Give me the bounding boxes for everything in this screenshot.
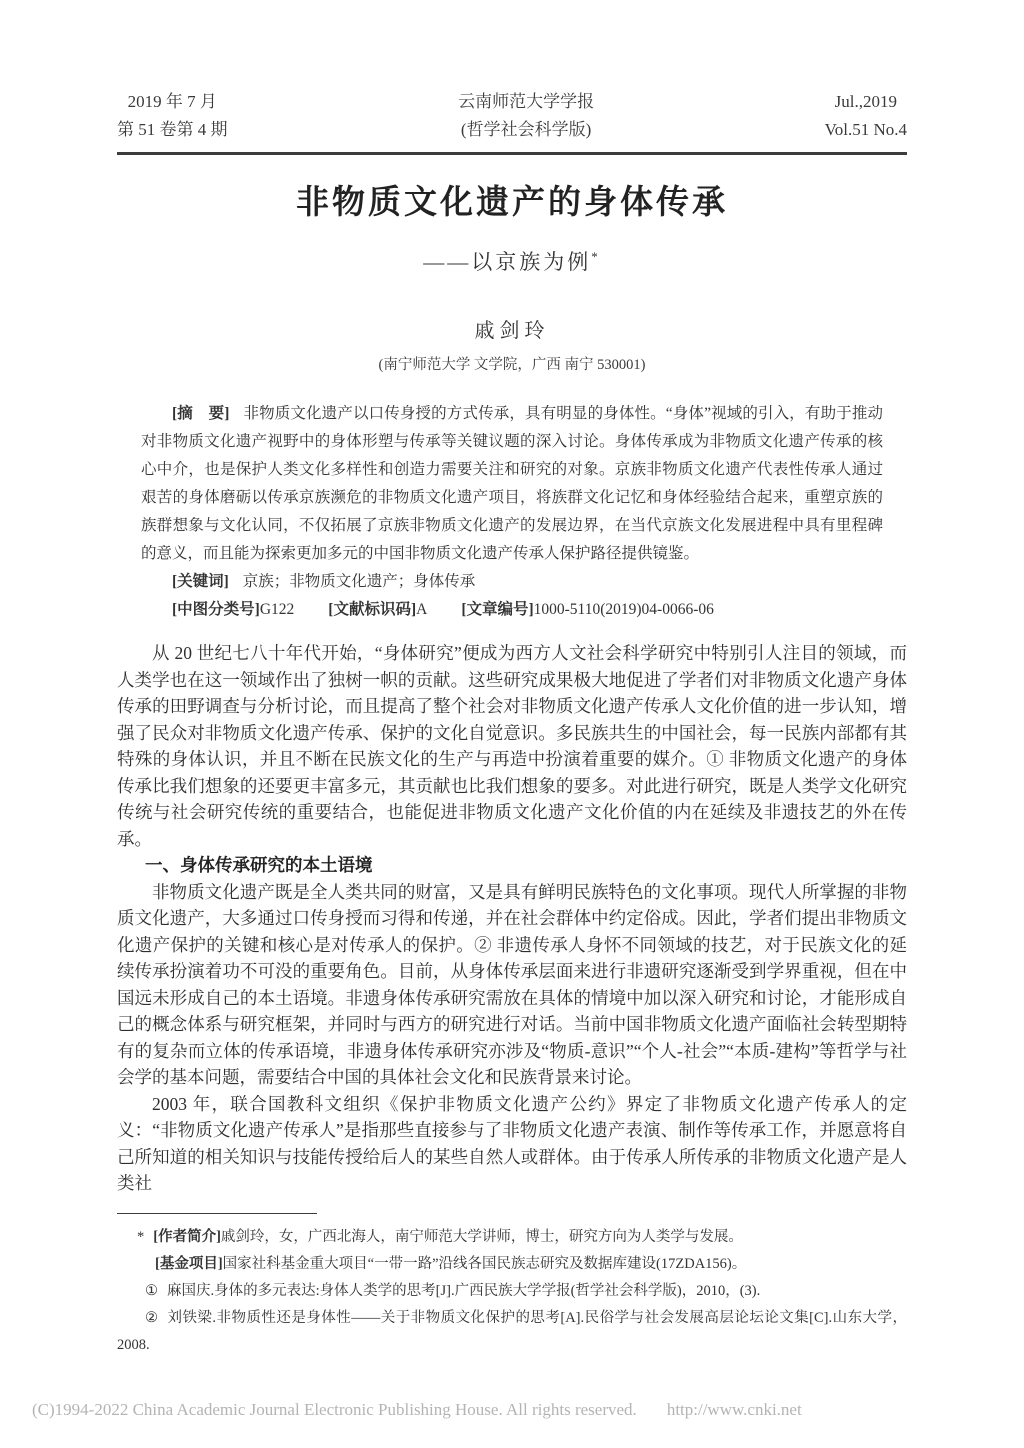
- subtitle-text: ——以京族为例: [423, 250, 591, 274]
- footnote-1-text: 麻国庆.身体的多元表达:身体人类学的思考[J].广西民族大学学报(哲学社会科学版…: [167, 1283, 760, 1299]
- article-id-label: [文章编号]: [461, 601, 533, 618]
- journal-edition: (哲学社会科学版): [458, 116, 594, 144]
- footnote-2: ②刘铁梁.非物质性还是身体性——关于非物质文化保护的思考[A].民俗学与社会发展…: [117, 1305, 907, 1359]
- section-1-heading: 一、身体传承研究的本土语境: [117, 852, 907, 879]
- doc-code-label: [文献标识码]: [328, 601, 416, 618]
- abstract-paragraph: [摘 要]非物质文化遗产以口传身授的方式传承，具有明显的身体性。“身体”视域的引…: [141, 400, 883, 568]
- classification-line: [中图分类号]G122[文献标识码]A[文章编号]1000-5110(2019)…: [141, 596, 883, 624]
- header-date-cn: 2019 年 7 月: [117, 88, 228, 116]
- journal-page: 2019 年 7 月 第 51 卷第 4 期 云南师范大学学报 (哲学社会科学版…: [0, 0, 1024, 1448]
- author-bio-label: [作者简介]: [153, 1229, 221, 1245]
- doc-code-value: A: [416, 601, 427, 618]
- article-id-group: [文章编号]1000-5110(2019)04-0066-06: [461, 601, 714, 618]
- header-issue-cn: 2019 年 7 月 第 51 卷第 4 期: [117, 88, 228, 144]
- abstract: [摘 要]非物质文化遗产以口传身授的方式传承，具有明显的身体性。“身体”视域的引…: [141, 400, 883, 568]
- footnote-2-marker: ②: [145, 1310, 167, 1326]
- header-issue-en: Jul.,2019 Vol.51 No.4: [825, 88, 907, 144]
- subtitle-footnote-marker: *: [591, 249, 601, 264]
- journal-header: 2019 年 7 月 第 51 卷第 4 期 云南师范大学学报 (哲学社会科学版…: [117, 0, 907, 144]
- footnote-star-marker: *: [137, 1229, 153, 1245]
- abstract-label: [摘 要]: [172, 405, 229, 422]
- keywords-label: [关键词]: [172, 573, 229, 590]
- section-1-paragraph-2: 2003 年，联合国教科文组织《保护非物质文化遗产公约》界定了非物质文化遗产传承…: [117, 1091, 907, 1197]
- abstract-text: 非物质文化遗产以口传身授的方式传承，具有明显的身体性。“身体”视域的引入，有助于…: [141, 405, 883, 562]
- author-bio-text: 戚剑玲，女，广西北海人，南宁师范大学讲师，博士，研究方向为人类学与发展。: [221, 1229, 743, 1245]
- intro-paragraph: 从 20 世纪七八十年代开始，“身体研究”便成为西方人文社会科学研究中特别引人注…: [117, 640, 907, 852]
- header-journal-title: 云南师范大学学报 (哲学社会科学版): [458, 88, 594, 144]
- clc-group: [中图分类号]G122: [172, 601, 294, 618]
- page-content: 2019 年 7 月 第 51 卷第 4 期 云南师范大学学报 (哲学社会科学版…: [117, 0, 907, 1359]
- clc-value: G122: [260, 601, 294, 618]
- footnote-divider: [117, 1213, 317, 1214]
- keywords-text: 京族；非物质文化遗产；身体传承: [243, 573, 476, 590]
- header-date-en: Jul.,2019: [825, 88, 907, 116]
- doc-code-group: [文献标识码]A: [328, 601, 427, 618]
- header-volume-en: Vol.51 No.4: [825, 116, 907, 144]
- section-1-paragraph-1: 非物质文化遗产既是全人类共同的财富，又是具有鲜明民族特色的文化事项。现代人所掌握…: [117, 879, 907, 1091]
- author-name: 戚剑玲: [117, 314, 907, 343]
- footnote-author-bio: *[作者简介]戚剑玲，女，广西北海人，南宁师范大学讲师，博士，研究方向为人类学与…: [117, 1224, 907, 1251]
- footnotes: *[作者简介]戚剑玲，女，广西北海人，南宁师范大学讲师，博士，研究方向为人类学与…: [117, 1224, 907, 1359]
- footnote-funding: [基金项目]国家社科基金重大项目“一带一路”沿线各国民族志研究及数据库建设(17…: [117, 1251, 907, 1278]
- footnote-2-text: 刘铁梁.非物质性还是身体性——关于非物质文化保护的思考[A].民俗学与社会发展高…: [117, 1310, 907, 1353]
- author-affiliation: (南宁师范大学 文学院，广西 南宁 530001): [117, 353, 907, 374]
- clc-label: [中图分类号]: [172, 601, 260, 618]
- keywords-line: [关键词]京族；非物质文化遗产；身体传承: [141, 568, 883, 596]
- footnote-1-marker: ①: [145, 1283, 167, 1299]
- header-volume-cn: 第 51 卷第 4 期: [117, 116, 228, 144]
- article-title: 非物质文化遗产的身体传承: [117, 183, 907, 224]
- copyright-text: (C)1994-2022 China Academic Journal Elec…: [32, 1400, 637, 1419]
- cnki-url: http://www.cnki.net: [667, 1400, 802, 1419]
- header-divider: [117, 152, 907, 155]
- copyright-footer: (C)1994-2022 China Academic Journal Elec…: [32, 1400, 992, 1420]
- article-id-value: 1000-5110(2019)04-0066-06: [534, 601, 714, 618]
- article-subtitle: ——以京族为例*: [117, 246, 907, 276]
- funding-label: [基金项目]: [155, 1256, 223, 1272]
- article-body: 从 20 世纪七八十年代开始，“身体研究”便成为西方人文社会科学研究中特别引人注…: [117, 640, 907, 1197]
- footnote-1: ①麻国庆.身体的多元表达:身体人类学的思考[J].广西民族大学学报(哲学社会科学…: [117, 1278, 907, 1305]
- funding-text: 国家社科基金重大项目“一带一路”沿线各国民族志研究及数据库建设(17ZDA156…: [223, 1256, 747, 1272]
- journal-name: 云南师范大学学报: [458, 88, 594, 116]
